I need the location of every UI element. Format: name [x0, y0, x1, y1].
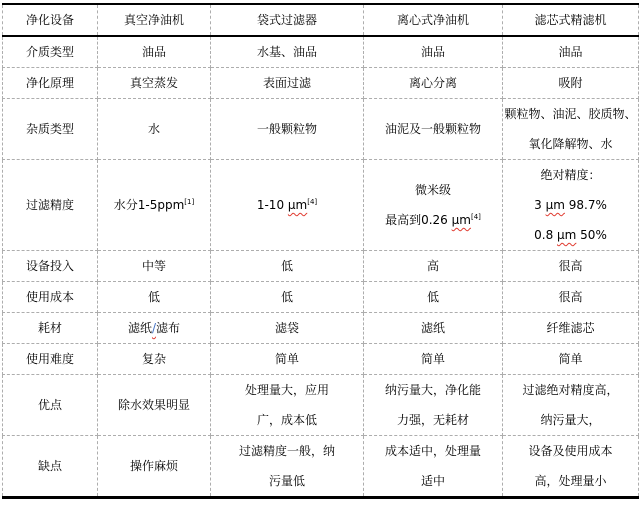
- cell-text: 50%: [576, 228, 607, 242]
- table-row: 使用难度复杂简单简单简单: [3, 344, 639, 375]
- table-cell: 过滤绝对精度高， 纳污量大，: [503, 375, 639, 436]
- row-label-cell: 净化原理: [3, 68, 98, 99]
- row-label-cell: 使用成本: [3, 282, 98, 313]
- row-label-cell: 杂质类型: [3, 99, 98, 160]
- document-page: 净化设备真空净油机袋式过滤器离心式净油机滤芯式精滤机 介质类型油品水基、油品油品…: [0, 3, 640, 517]
- cell-text: 滤布: [156, 321, 180, 335]
- table-cell: 油泥及一般颗粒物: [364, 99, 503, 160]
- row-label-cell: 使用难度: [3, 344, 98, 375]
- row-label-cell: 介质类型: [3, 36, 98, 68]
- header-row: 净化设备真空净油机袋式过滤器离心式净油机滤芯式精滤机: [3, 4, 639, 36]
- column-header-cell: 滤芯式精滤机: [503, 4, 639, 36]
- table-cell: 油品: [503, 36, 639, 68]
- spellcheck-flagged-text: μm: [546, 198, 565, 212]
- table-cell: 中等: [98, 251, 211, 282]
- table-body: 介质类型油品水基、油品油品油品净化原理真空蒸发表面过滤离心分离吸附杂质类型水一般…: [3, 36, 639, 498]
- column-header-cell: 离心式净油机: [364, 4, 503, 36]
- table-cell: 除水效果明显: [98, 375, 211, 436]
- cell-text: 微米级 最高到0.26: [385, 183, 452, 227]
- table-row: 耗材滤纸/滤布滤袋滤纸纤维滤芯: [3, 313, 639, 344]
- table-cell: 离心分离: [364, 68, 503, 99]
- cell-text: 滤纸: [128, 321, 152, 335]
- comparison-table: 净化设备真空净油机袋式过滤器离心式净油机滤芯式精滤机 介质类型油品水基、油品油品…: [2, 3, 639, 499]
- table-cell: 简单: [503, 344, 639, 375]
- spellcheck-flagged-text: μm: [557, 228, 576, 242]
- table-cell: 处理量大，应用 广，成本低: [211, 375, 364, 436]
- table-cell: 绝对精度： 3 μm 98.7% 0.8 μm 50%: [503, 160, 639, 251]
- footnote-reference: [1]: [184, 198, 194, 206]
- cell-text: 1-10: [257, 198, 288, 212]
- table-cell: 低: [211, 251, 364, 282]
- table-row: 过滤精度水分1-5ppm[1]1-10 μm[4]微米级 最高到0.26 μm[…: [3, 160, 639, 251]
- table-row: 设备投入中等低高很高: [3, 251, 639, 282]
- table-cell: 纳污量大，净化能 力强，无耗材: [364, 375, 503, 436]
- table-cell: 操作麻烦: [98, 436, 211, 498]
- table-cell: 滤纸: [364, 313, 503, 344]
- table-cell: 颗粒物、油泥、胶质物、 氧化降解物、水: [503, 99, 639, 160]
- table-cell: 1-10 μm[4]: [211, 160, 364, 251]
- table-cell: 低: [364, 282, 503, 313]
- table-cell: 设备及使用成本 高，处理量小: [503, 436, 639, 498]
- cell-text: 水分1-5ppm: [114, 198, 185, 212]
- spellcheck-flagged-text: μm: [452, 213, 471, 227]
- table-cell: 油品: [364, 36, 503, 68]
- table-cell: 一般颗粒物: [211, 99, 364, 160]
- table-cell: 纤维滤芯: [503, 313, 639, 344]
- table-cell: 过滤精度一般，纳 污量低: [211, 436, 364, 498]
- table-cell: 高: [364, 251, 503, 282]
- table-row: 使用成本低低低很高: [3, 282, 639, 313]
- table-cell: 油品: [98, 36, 211, 68]
- table-cell: 水: [98, 99, 211, 160]
- row-label-cell: 过滤精度: [3, 160, 98, 251]
- footnote-reference: [4]: [307, 198, 317, 206]
- table-cell: 很高: [503, 251, 639, 282]
- table-cell: 低: [98, 282, 211, 313]
- table-cell: 简单: [211, 344, 364, 375]
- table-row: 缺点操作麻烦过滤精度一般，纳 污量低成本适中，处理量 适中设备及使用成本 高，处…: [3, 436, 639, 498]
- table-cell: 成本适中，处理量 适中: [364, 436, 503, 498]
- table-cell: 微米级 最高到0.26 μm[4]: [364, 160, 503, 251]
- row-label-cell: 设备投入: [3, 251, 98, 282]
- column-header-cell: 真空净油机: [98, 4, 211, 36]
- table-cell: 复杂: [98, 344, 211, 375]
- table-cell: 水基、油品: [211, 36, 364, 68]
- spellcheck-flagged-text: μm: [288, 198, 307, 212]
- table-cell: 简单: [364, 344, 503, 375]
- table-row: 优点除水效果明显处理量大，应用 广，成本低纳污量大，净化能 力强，无耗材过滤绝对…: [3, 375, 639, 436]
- table-cell: 滤袋: [211, 313, 364, 344]
- table-cell: 表面过滤: [211, 68, 364, 99]
- table-row: 净化原理真空蒸发表面过滤离心分离吸附: [3, 68, 639, 99]
- table-cell: 低: [211, 282, 364, 313]
- table-cell: 水分1-5ppm[1]: [98, 160, 211, 251]
- table-cell: 真空蒸发: [98, 68, 211, 99]
- row-label-cell: 耗材: [3, 313, 98, 344]
- row-label-cell: 缺点: [3, 436, 98, 498]
- table-row: 介质类型油品水基、油品油品油品: [3, 36, 639, 68]
- footnote-reference: [4]: [471, 213, 481, 221]
- table-cell: 很高: [503, 282, 639, 313]
- row-label-cell: 优点: [3, 375, 98, 436]
- column-header-cell: 袋式过滤器: [211, 4, 364, 36]
- table-cell: 吸附: [503, 68, 639, 99]
- table-row: 杂质类型水一般颗粒物油泥及一般颗粒物颗粒物、油泥、胶质物、 氧化降解物、水: [3, 99, 639, 160]
- corner-header-cell: 净化设备: [3, 4, 98, 36]
- table-cell: 滤纸/滤布: [98, 313, 211, 344]
